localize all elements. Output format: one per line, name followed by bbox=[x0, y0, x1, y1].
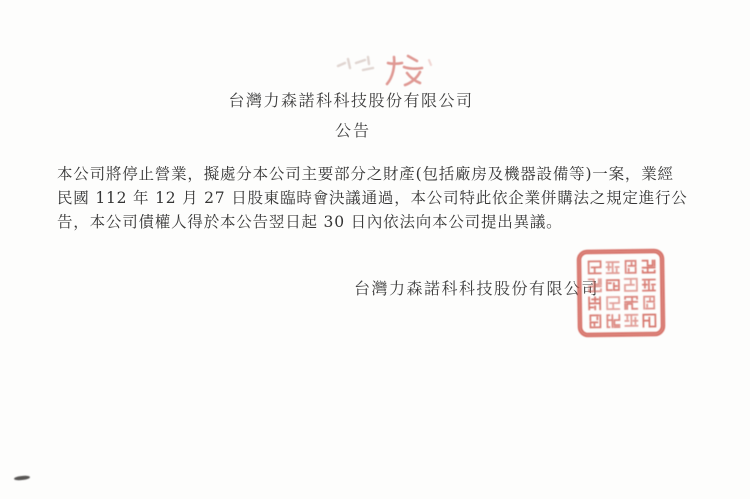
company-signature: 台灣力森諾科科技股份有限公司 bbox=[354, 276, 599, 299]
scan-smudge-mark bbox=[14, 475, 30, 481]
body-text-line: 民國 112 年 12 月 27 日股東臨時會決議通過，本公司特此依企業併購法之… bbox=[57, 186, 717, 208]
body-text-line: 告，本公司債權人得於本公告翌日起 30 日內依法向本公司提出異議。 bbox=[57, 210, 717, 232]
scanned-announcement-page: 台灣力森諾科科技股份有限公司 公告 本公司將停止營業，擬處分本公司主要部分之財產… bbox=[0, 0, 750, 499]
body-text-line: 本公司將停止營業，擬處分本公司主要部分之財產(包括廠房及機器設備等)一案，業經 bbox=[57, 162, 717, 184]
company-seal-stamp bbox=[575, 247, 666, 338]
announcement-heading: 公告 bbox=[0, 118, 706, 141]
company-name-title: 台灣力森諾科科技股份有限公司 bbox=[0, 88, 702, 111]
